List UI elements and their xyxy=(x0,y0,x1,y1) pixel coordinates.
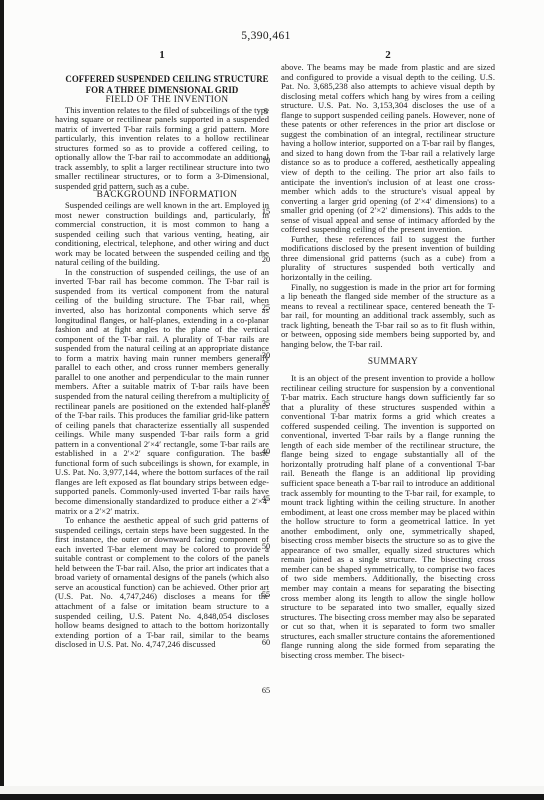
paragraph-further: Further, these references fail to sugges… xyxy=(281,235,495,283)
column-number-2: 2 xyxy=(281,49,495,61)
scan-edge-bottom xyxy=(0,794,544,800)
paragraph-field-of-invention: This invention relates to the filed of s… xyxy=(55,106,269,192)
paragraph-background-3: To enhance the aesthetic appeal of such … xyxy=(55,516,269,650)
invention-title: COFFERED SUSPENDED CEILING STRUCTURE FOR… xyxy=(55,74,269,96)
patent-page: 5,390,461 1 2 5 10 15 20 25 30 35 40 45 … xyxy=(0,0,544,800)
paragraph-background-2: In the construction of suspended ceiling… xyxy=(55,268,269,516)
column-2: above. The beams may be made from plasti… xyxy=(281,63,495,660)
scan-edge-left xyxy=(0,0,4,800)
patent-number: 5,390,461 xyxy=(0,30,532,42)
column-number-1: 1 xyxy=(55,49,269,61)
scan-shade-bottom xyxy=(0,786,544,794)
line-number-65: 65 xyxy=(257,686,275,695)
section-heading-summary: SUMMARY xyxy=(281,358,495,368)
paragraph-background-continuation: above. The beams may be made from plasti… xyxy=(281,63,495,235)
column-1: COFFERED SUSPENDED CEILING STRUCTURE FOR… xyxy=(55,74,269,650)
paragraph-summary: It is an object of the present invention… xyxy=(281,374,495,660)
paragraph-background-1: Suspended ceilings are well known in the… xyxy=(55,201,269,268)
paragraph-finally: Finally, no suggestion is made in the pr… xyxy=(281,283,495,350)
